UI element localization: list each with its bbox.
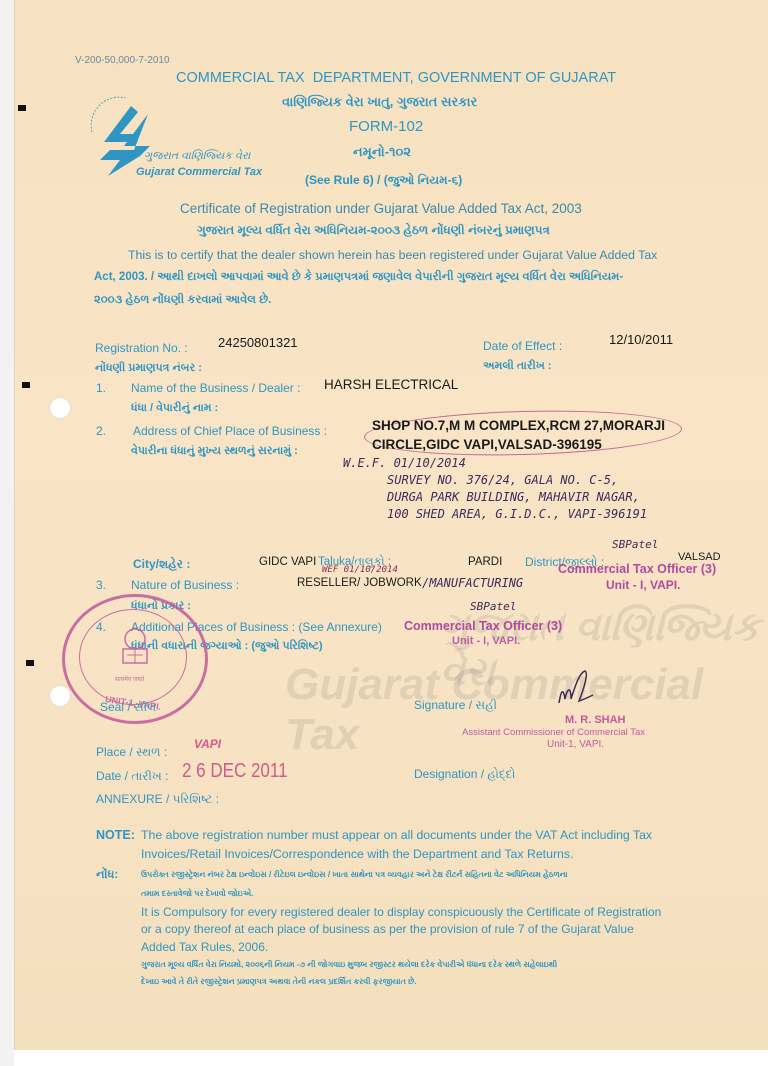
address-line-1: SHOP NO.7,M M COMPLEX,RCM 27,MORARJI — [372, 418, 665, 433]
city-label: City/શહેર : — [133, 557, 190, 572]
taluka-value: PARDI — [468, 556, 502, 568]
address-line-2: CIRCLE,GIDC VAPI,VALSAD-396195 — [372, 437, 602, 452]
note-gujarati-3: ગુજરાત મૂલ્ય વર્ધિત વેરા નિયમો, ૨૦૦૬ની ન… — [141, 960, 557, 970]
address-label-gujarati: વેપારીના ધંધાનું મુખ્ય સ્થળનું સરનામું : — [131, 445, 298, 458]
gujarat-commercial-tax-logo: ગુજરાત વાણિજ્યિક વેરા Gujarat Commercial… — [86, 92, 256, 184]
note-line-5: Added Tax Rules, 2006. — [141, 940, 268, 954]
date-stamp: 2 6 DEC 2011 — [182, 760, 288, 783]
date-of-effect: 12/10/2011 — [609, 332, 673, 347]
annexure-label: ANNEXURE / પરિશિષ્ટ : — [96, 792, 219, 807]
address-label: Address of Chief Place of Business : — [133, 424, 327, 438]
punch-hole-top — [50, 398, 70, 418]
signer-name: M. R. SHAH — [565, 714, 626, 726]
city-value: GIDC VAPI — [259, 556, 316, 568]
nature-of-business-label: Nature of Business : — [131, 578, 239, 592]
registration-label: Registration No. : — [95, 341, 188, 355]
department-title-gujarati: વાણિજ્યિક વેરા ખાતુ, ગુજરાત સરકાર — [282, 94, 477, 110]
date-of-effect-label: Date of Effect : — [483, 339, 562, 353]
handwritten-initials-2: SBPatel — [470, 600, 516, 613]
place-stamp: VAPI — [194, 737, 221, 751]
note-label: NOTE: — [96, 828, 135, 842]
certificate-title-gujarati: ગુજરાત મૂલ્ય વર્ધિત વેરા અધિનિયમ-૨૦૦૩ હે… — [197, 223, 550, 238]
business-name-label-gujarati: ધંધા / વેપારીનું નામ : — [131, 402, 218, 415]
intro-line-1: This is to certify that the dealer shown… — [128, 248, 657, 262]
handwritten-nature-addition: /MANUFACTURING — [422, 576, 523, 590]
rule-reference: (See Rule 6) / (જુઓ નિયમ-૬) — [305, 173, 462, 188]
note-line-2: Invoices/Retail Invoices/Correspondence … — [141, 847, 573, 861]
cto-stamp-2-unit: Unit - I, VAPI. — [452, 635, 520, 647]
logo-name-english: Gujarat Commercial Tax — [136, 166, 262, 178]
margin-mark — [22, 382, 30, 388]
seal-motto: सत्यमेव जयते — [115, 675, 144, 683]
item-3-number: 3. — [96, 578, 106, 592]
seal-label: Seal / સીલ — [100, 700, 156, 715]
signer-unit: Unit-1, VAPI. — [547, 739, 604, 750]
watermark-english: Gujarat Commercial Tax — [285, 660, 768, 760]
handwritten-initials-1: SBPatel — [612, 538, 658, 551]
registration-number: 24250801321 — [218, 335, 298, 350]
cto-stamp-2-title: Commercial Tax Officer (3) — [404, 619, 562, 633]
handwritten-address-3: 100 SHED AREA, G.I.D.C., VAPI-396191 — [387, 507, 647, 521]
note-gujarati-4: દેખાઇ આવે તે રીતે રજીસ્ટ્રેશન પ્રમાણપત્ર… — [141, 977, 417, 987]
margin-mark — [26, 660, 34, 666]
place-label: Place / સ્થળ : — [96, 745, 167, 760]
national-emblem-icon — [115, 625, 155, 673]
logo-name-gujarati: ગુજરાત વાણિજ્યિક વેરા — [144, 150, 250, 163]
handwritten-wef-date: W.E.F. 01/10/2014 — [343, 456, 466, 470]
item-1-number: 1. — [96, 381, 106, 395]
cto-stamp-1-unit: Unit - I, VAPI. — [606, 578, 680, 592]
punch-hole-bottom — [50, 686, 70, 706]
business-name-label: Name of the Business / Dealer : — [131, 381, 300, 395]
department-title: COMMERCIAL TAX DEPARTMENT, GOVERNMENT OF… — [176, 70, 616, 86]
handwritten-address-2: DURGA PARK BUILDING, MAHAVIR NAGAR, — [387, 490, 640, 504]
form-number: FORM-102 — [349, 118, 423, 135]
print-code: V-200-50,000-7-2010 — [75, 55, 170, 66]
note-gujarati-1: ઉપરોક્ત રજીસ્ટ્રેશન નંબર ટેક્ષ ઇન્વોઇસ /… — [141, 870, 568, 880]
date-label: Date / તારીખ : — [96, 769, 168, 784]
signature-scribble-icon — [555, 667, 595, 709]
note-label-gujarati: નોંધ: — [96, 869, 118, 882]
note-line-3: It is Compulsory for every registered de… — [141, 905, 661, 919]
designation-label: Designation / હોદ્દો — [414, 767, 515, 782]
logo-emblem-icon — [86, 92, 161, 177]
date-of-effect-label-gujarati: અમલી તારીખ : — [483, 360, 551, 373]
form-number-gujarati: નમૂનો-૧૦૨ — [353, 144, 411, 160]
handwritten-wef-date-2: WEF 01/10/2014 — [322, 565, 398, 575]
registration-label-gujarati: નોંધણી પ્રમાણપત્ર નંબર : — [95, 362, 202, 375]
item-2-number: 2. — [96, 424, 106, 438]
intro-line-2: Act, 2003. / આથી દાખલો આપવામાં આવે છે કે… — [94, 271, 623, 284]
scan-edge — [0, 0, 14, 1066]
cto-stamp-1-title: Commercial Tax Officer (3) — [558, 562, 716, 576]
handwritten-address-1: SURVEY NO. 376/24, GALA NO. C-5, — [387, 473, 618, 487]
note-gujarati-2: તમામ દસ્તાવેજો પર દેખાવો જોઇએ. — [141, 889, 253, 899]
note-line-4: or a copy thereof at each place of busin… — [141, 922, 634, 936]
signer-title: Assistant Commissioner of Commercial Tax — [462, 727, 645, 738]
signature-label: Signature / સહી — [414, 698, 497, 713]
margin-mark — [18, 105, 26, 111]
note-line-1: The above registration number must appea… — [141, 828, 652, 842]
business-name: HARSH ELECTRICAL — [324, 377, 458, 392]
nature-of-business: RESELLER/ JOBWORK — [297, 577, 422, 589]
certificate-title: Certificate of Registration under Gujara… — [180, 201, 582, 216]
intro-line-3: ૨૦૦૩ હેઠળ નોંધણી કરવામાં આવેલ છે. — [94, 294, 271, 307]
